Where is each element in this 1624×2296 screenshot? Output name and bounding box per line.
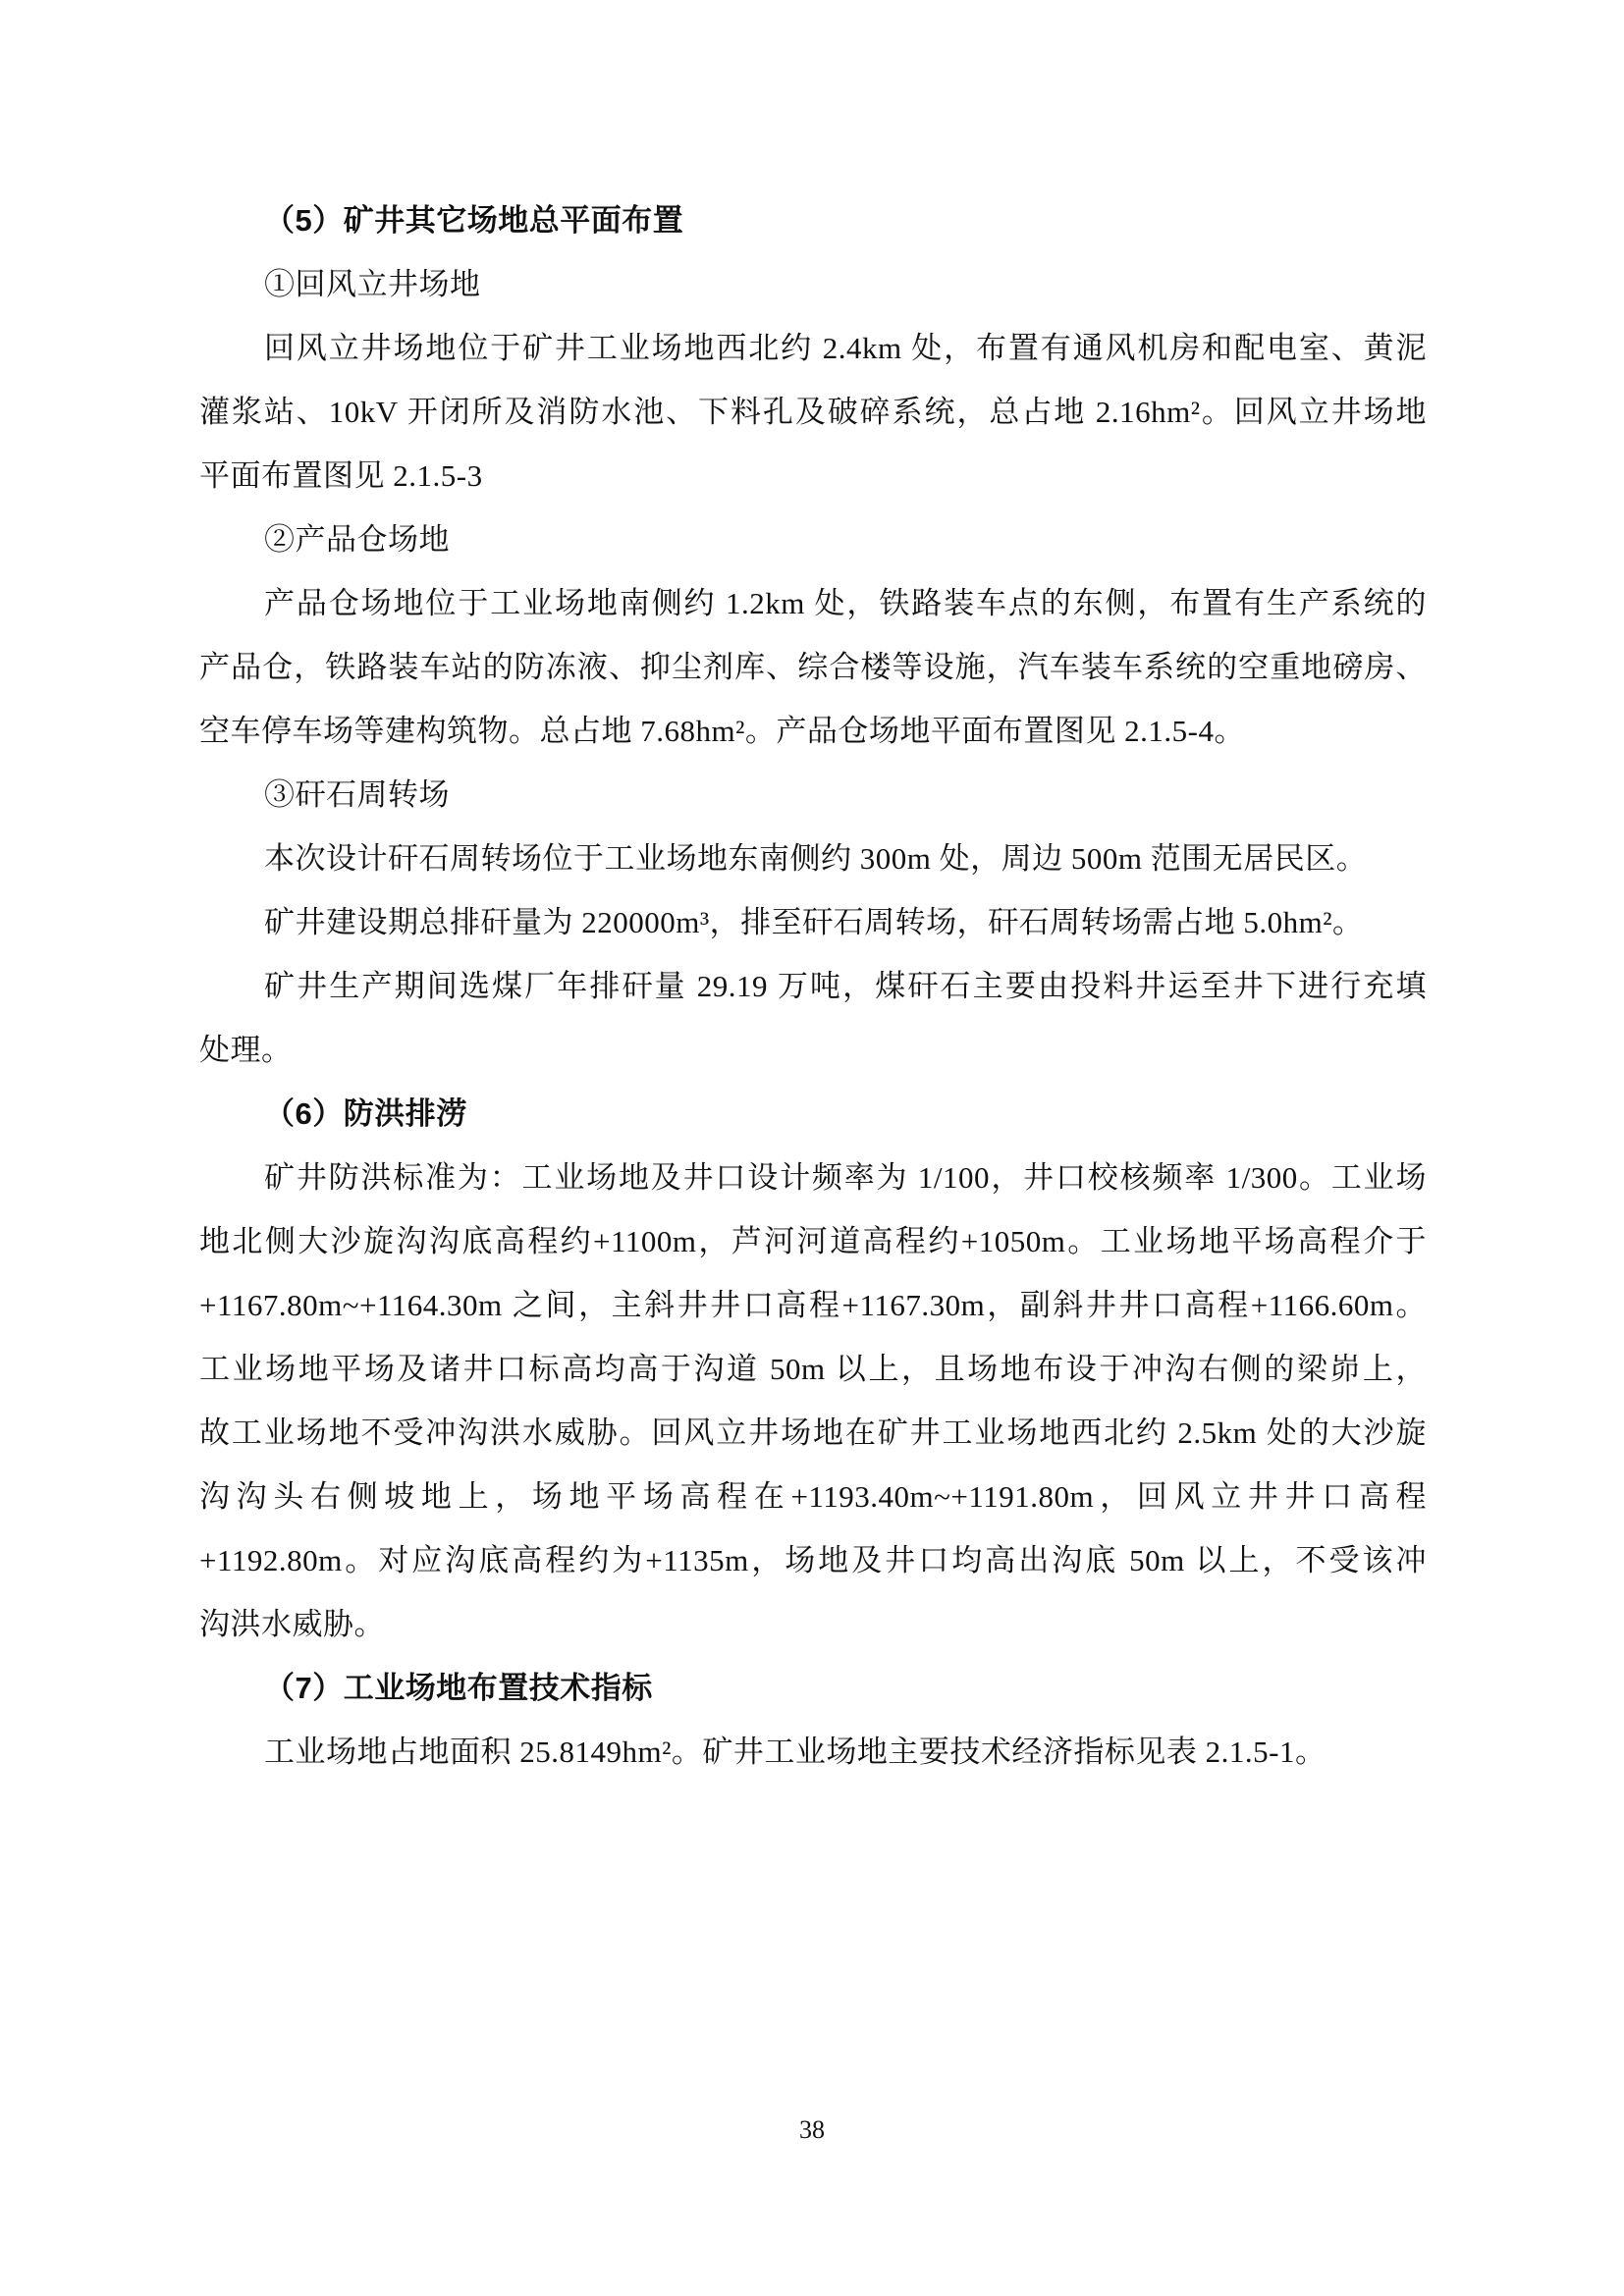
paragraph-line: 灌浆站、10kV 开闭所及消防水池、下料孔及破碎系统，总占地 2.16hm²。回… [199, 380, 1427, 444]
paragraph-line: 产品仓，铁路装车站的防冻液、抑尘剂库、综合楼等设施，汽车装车系统的空重地磅房、 [199, 635, 1427, 699]
paragraph-line: 矿井建设期总排矸量为 220000m³，排至矸石周转场，矸石周转场需占地 5.0… [199, 890, 1427, 954]
paragraph-line: 本次设计矸石周转场位于工业场地东南侧约 300m 处，周边 500m 范围无居民… [199, 827, 1427, 890]
paragraph-line: 沟沟头右侧坡地上，场地平场高程在+1193.40m~+1191.80m，回风立井… [199, 1465, 1427, 1528]
paragraph-line: 空车停车场等建构筑物。总占地 7.68hm²。产品仓场地平面布置图见 2.1.5… [199, 699, 1427, 763]
page-number: 38 [0, 2115, 1624, 2145]
paragraph-line: 平面布置图见 2.1.5-3 [199, 444, 1427, 507]
paragraph-line: 矿井生产期间选煤厂年排矸量 29.19 万吨，煤矸石主要由投料井运至井下进行充填 [199, 954, 1427, 1018]
document-page: （5）矿井其它场地总平面布置 ①回风立井场地 回风立井场地位于矿井工业场地西北约… [199, 188, 1427, 1784]
subsection-title-2: ②产品仓场地 [199, 507, 1427, 571]
subsection-title-3: ③矸石周转场 [199, 763, 1427, 827]
paragraph-line: 回风立井场地位于矿井工业场地西北约 2.4km 处，布置有通风机房和配电室、黄泥 [199, 316, 1427, 380]
paragraph-line: 处理。 [199, 1018, 1427, 1082]
paragraph-line: 故工业场地不受冲沟洪水威胁。回风立井场地在矿井工业场地西北约 2.5km 处的大… [199, 1401, 1427, 1465]
paragraph-line: 工业场地占地面积 25.8149hm²。矿井工业场地主要技术经济指标见表 2.1… [199, 1720, 1427, 1784]
section-heading-6: （6）防洪排涝 [199, 1082, 1427, 1146]
paragraph-line: 产品仓场地位于工业场地南侧约 1.2km 处，铁路装车点的东侧，布置有生产系统的 [199, 571, 1427, 635]
paragraph-line: 沟洪水威胁。 [199, 1592, 1427, 1656]
section-heading-5: （5）矿井其它场地总平面布置 [199, 188, 1427, 252]
paragraph-line: +1192.80m。对应沟底高程约为+1135m，场地及井口均高出沟底 50m … [199, 1528, 1427, 1592]
paragraph-line: 工业场地平场及诸井口标高均高于沟道 50m 以上，且场地布设于冲沟右侧的梁峁上， [199, 1337, 1427, 1401]
subsection-title-1: ①回风立井场地 [199, 252, 1427, 316]
paragraph-line: 地北侧大沙旋沟沟底高程约+1100m，芦河河道高程约+1050m。工业场地平场高… [199, 1209, 1427, 1273]
section-heading-7: （7）工业场地布置技术指标 [199, 1656, 1427, 1720]
paragraph-line: +1167.80m~+1164.30m 之间，主斜井井口高程+1167.30m，… [199, 1273, 1427, 1337]
paragraph-line: 矿井防洪标准为：工业场地及井口设计频率为 1/100，井口校核频率 1/300。… [199, 1146, 1427, 1209]
